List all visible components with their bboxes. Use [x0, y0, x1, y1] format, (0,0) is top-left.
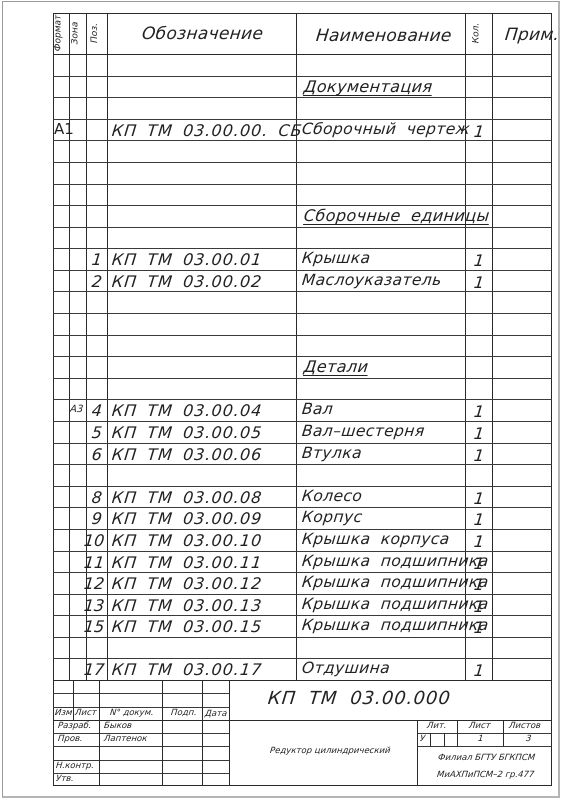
header-note: Прим. — [504, 25, 560, 45]
role-label: Утв. — [55, 774, 74, 784]
quantity-cell: 1 — [473, 424, 485, 443]
grid-line — [107, 13, 108, 680]
section-title: Сборочные единицы — [303, 206, 491, 225]
grid-line — [53, 356, 552, 357]
quantity-cell: 1 — [473, 661, 485, 680]
name-cell: Крышка корпуса — [301, 530, 451, 548]
grid-line — [53, 378, 552, 379]
quantity-cell: 1 — [473, 122, 485, 141]
name-cell: Втулка — [301, 444, 363, 462]
document-number: КП ТМ 03.00.000 — [267, 688, 452, 709]
col-header-doc-no: N° докум. — [109, 708, 154, 718]
title-block-line — [444, 733, 445, 746]
person-name: Лаптенок — [103, 734, 147, 744]
lit-value: У — [419, 734, 425, 744]
quantity-cell: 1 — [473, 618, 485, 637]
title-block-line — [99, 680, 100, 786]
sheets-label: Листов — [508, 721, 541, 731]
grid-line — [53, 54, 552, 55]
header-designation: Обозначение — [141, 24, 264, 44]
position-cell: 12 — [83, 574, 103, 593]
grid-line — [53, 76, 552, 77]
name-cell: Сборочный чертеж — [301, 120, 471, 138]
quantity-cell: 1 — [473, 251, 485, 270]
designation-cell: КП ТМ 03.00.02 — [111, 272, 263, 291]
designation-cell: КП ТМ 03.00.09 — [111, 509, 263, 528]
title-block-line — [202, 680, 203, 786]
section-title: Документация — [303, 77, 434, 96]
title-block-line — [417, 746, 552, 747]
name-cell: Колесо — [301, 487, 363, 505]
position-cell: 1 — [83, 250, 103, 269]
quantity-cell: 1 — [473, 532, 485, 551]
position-cell: 10 — [83, 531, 103, 550]
grid-line — [53, 97, 552, 98]
position-cell: 13 — [83, 596, 103, 615]
position-cell: 15 — [83, 617, 103, 636]
header-name: Наименование — [315, 26, 453, 46]
grid-line — [53, 680, 552, 681]
designation-cell: КП ТМ 03.00.04 — [111, 401, 263, 420]
grid-line — [53, 335, 552, 336]
designation-cell: КП ТМ 03.00.13 — [111, 596, 263, 615]
title-block-line — [430, 733, 431, 746]
grid-line — [296, 13, 297, 680]
position-cell: 2 — [83, 272, 103, 291]
designation-cell: КП ТМ 03.00.12 — [111, 574, 263, 593]
quantity-cell: 1 — [473, 575, 485, 594]
organization-line2: МиАХПиПСМ–2 гр.477 — [436, 770, 534, 780]
col-header-list: Лист — [74, 708, 97, 718]
designation-cell: КП ТМ 03.00.01 — [111, 250, 263, 269]
title-block-line — [229, 680, 230, 786]
quantity-cell: 1 — [473, 402, 485, 421]
position-cell: 5 — [83, 423, 103, 442]
lit-label: Лит. — [426, 721, 447, 731]
sheets-value: 3 — [525, 734, 531, 744]
position-cell: 8 — [83, 488, 103, 507]
col-header-date: Дата — [204, 709, 227, 719]
name-cell: Крышка подшипника — [301, 552, 490, 570]
sheet-label: Лист — [468, 721, 491, 731]
quantity-cell: 1 — [473, 446, 485, 465]
name-cell: Корпус — [301, 508, 363, 526]
name-cell: Крышка подшипника — [301, 616, 490, 634]
header-qty: Кол. — [471, 23, 481, 44]
grid-line — [53, 313, 552, 314]
designation-cell: КП ТМ 03.00.10 — [111, 531, 263, 550]
format-cell: A1 — [54, 120, 74, 138]
section-title: Детали — [303, 357, 369, 376]
designation-cell: КП ТМ 03.00.11 — [111, 553, 263, 572]
grid-line — [53, 162, 552, 163]
role-label: Пров. — [57, 734, 83, 744]
quantity-cell: 1 — [473, 273, 485, 292]
designation-cell: КП ТМ 03.00.08 — [111, 488, 263, 507]
title-block-line — [417, 720, 418, 786]
name-cell: Маслоуказатель — [301, 271, 443, 289]
title-block-line — [503, 720, 504, 747]
position-cell: 6 — [83, 445, 103, 464]
designation-cell: КП ТМ 03.00.00. СБ — [111, 121, 304, 140]
quantity-cell: 1 — [473, 554, 485, 573]
name-cell: Крышка подшипника — [301, 573, 490, 591]
role-label: Н.контр. — [55, 761, 94, 771]
title-block-line — [162, 680, 163, 786]
zone-cell: A3 — [69, 404, 83, 415]
position-cell: 17 — [83, 660, 103, 679]
header-format: Формат — [53, 15, 63, 52]
name-cell: Крышка подшипника — [301, 595, 490, 613]
organization-line1: Филиал БГТУ БГКПСМ — [437, 753, 535, 763]
role-label: Разраб. — [57, 721, 91, 731]
person-name: Быков — [103, 721, 132, 731]
quantity-cell: 1 — [473, 489, 485, 508]
designation-cell: КП ТМ 03.00.06 — [111, 445, 263, 464]
name-cell: Крышка — [301, 249, 371, 267]
header-pos: Поз. — [90, 23, 100, 43]
grid-line — [492, 13, 493, 680]
quantity-cell: 1 — [473, 510, 485, 529]
grid-line — [69, 13, 70, 680]
col-header-izm: Изм — [54, 708, 72, 718]
quantity-cell: 1 — [473, 597, 485, 616]
product-name: Редуктор цилиндрический — [269, 746, 390, 756]
designation-cell: КП ТМ 03.00.05 — [111, 423, 263, 442]
designation-cell: КП ТМ 03.00.17 — [111, 660, 263, 679]
name-cell: Отдушина — [301, 659, 391, 677]
designation-cell: КП ТМ 03.00.15 — [111, 617, 263, 636]
position-cell: 11 — [83, 553, 103, 572]
position-cell: 4 — [83, 401, 103, 420]
grid-line — [53, 227, 552, 228]
grid-line — [53, 184, 552, 185]
sheet-value: 1 — [477, 734, 483, 744]
header-zone: Зона — [70, 22, 80, 45]
title-block-line — [457, 720, 458, 747]
name-cell: Вал–шестерня — [301, 422, 426, 440]
position-cell: 9 — [83, 509, 103, 528]
col-header-sign: Подп. — [170, 708, 197, 718]
name-cell: Вал — [301, 400, 334, 418]
